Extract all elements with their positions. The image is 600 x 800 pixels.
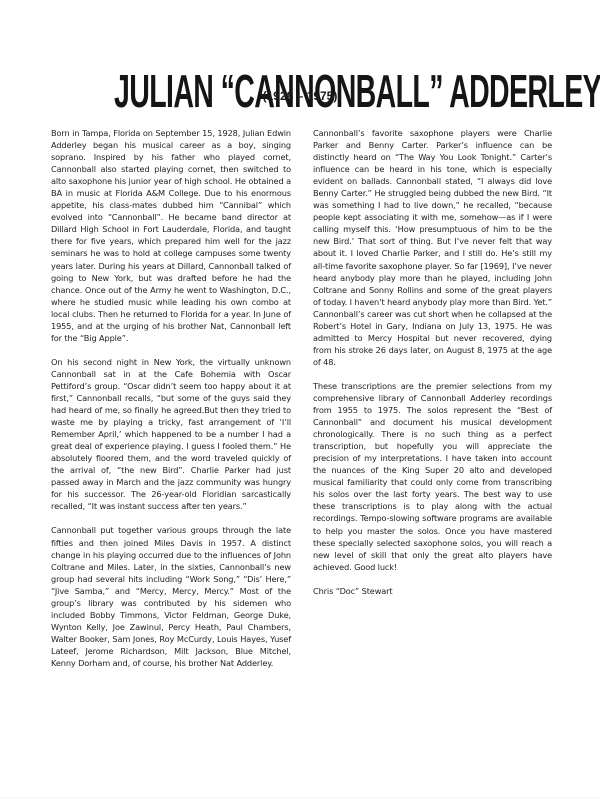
right-column: Cannonball’s favorite saxophone players … (313, 127, 552, 609)
author-signature: Chris “Doc” Stewart (313, 585, 552, 597)
page-edge-divider (0, 797, 600, 798)
biography-paragraph-groups: Cannonball put together various groups t… (51, 524, 291, 669)
biography-paragraph-new-york: On his second night in New York, the vir… (51, 356, 291, 513)
life-dates: (1928 – 1975) (0, 88, 600, 104)
left-column: Born in Tampa, Florida on September 15, … (51, 127, 291, 681)
transcriptions-paragraph: These transcriptions are the premier sel… (313, 380, 552, 573)
biography-paragraph-early-life: Born in Tampa, Florida on September 15, … (51, 127, 291, 344)
biography-paragraph-influences: Cannonball’s favorite saxophone players … (313, 127, 552, 368)
